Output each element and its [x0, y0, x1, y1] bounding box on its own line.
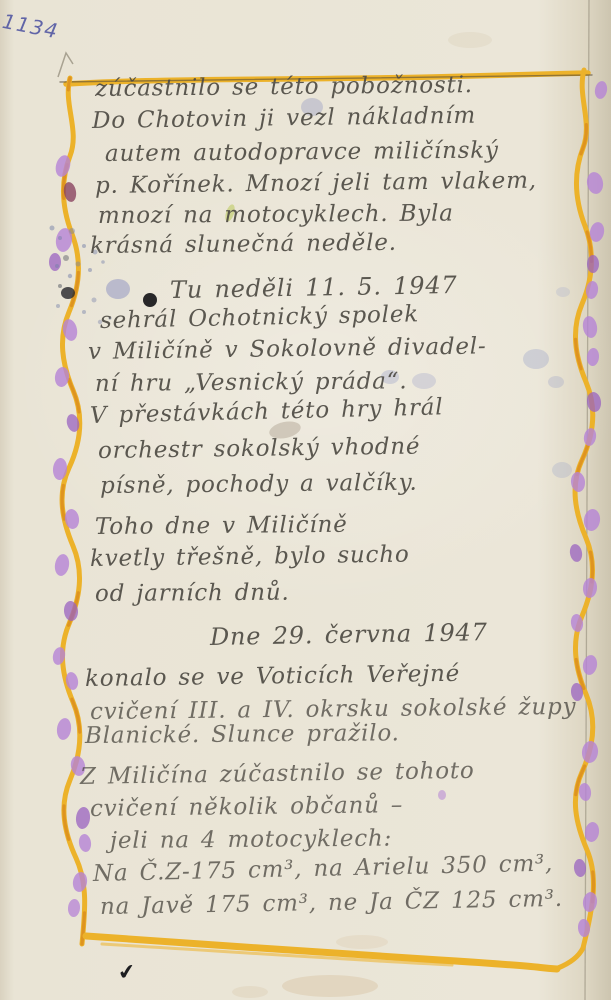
chronicle-page: 1134 zúčastnilo se této pobožnosti. Do C… — [0, 0, 611, 1000]
handwritten-line: krásná slunečná neděle. — [90, 230, 397, 259]
handwritten-line: Z Miličína zúčastnilo se tohoto — [80, 758, 475, 790]
manuscript: zúčastnilo se této pobožnosti. Do Chotov… — [0, 0, 611, 1000]
handwritten-date-heading: Tu neděli 11. 5. 1947 — [170, 271, 458, 304]
handwritten-line: V přestávkách této hry hrál — [90, 394, 444, 429]
handwritten-line: sehrál Ochotnický spolek — [100, 301, 419, 334]
handwritten-line: kvetly třešně, bylo sucho — [90, 542, 410, 572]
handwritten-line: orchestr sokolský vhodné — [98, 434, 421, 464]
handwritten-line: ní hru „Vesnický práda“. — [95, 368, 408, 397]
handwritten-date-heading: Dne 29. června 1947 — [210, 618, 488, 651]
check-mark-icon: ✔ — [116, 959, 137, 985]
handwritten-line: na Javě 175 cm³, ne Ja ČZ 125 cm³. — [100, 886, 563, 920]
handwritten-line: Blanické. Slunce pražilo. — [85, 720, 400, 749]
handwritten-line: od jarních dnů. — [95, 580, 290, 607]
handwritten-line: autem autodopravce miličínský — [105, 138, 499, 167]
handwritten-line: cvičení několik občanů – — [90, 792, 403, 822]
handwritten-line: písně, pochody a valčíky. — [100, 470, 418, 499]
handwritten-line: jeli na 4 motocyklech: — [110, 826, 392, 854]
handwritten-line: Toho dne v Miličíně — [95, 512, 348, 540]
handwritten-line: konalo se ve Voticích Veřejné — [85, 661, 460, 692]
handwritten-line: p. Kořínek. Mnozí jeli tam vlakem, — [95, 168, 537, 199]
handwritten-line: Do Chotovin ji vezl nákladním — [92, 103, 476, 134]
handwritten-line: zúčastnilo se této pobožnosti. — [95, 72, 473, 102]
handwritten-line: Na Č.Z-175 cm³, na Arielu 350 cm³, — [93, 851, 554, 887]
handwritten-line: v Miličíně v Sokolovně divadel- — [88, 333, 487, 365]
handwritten-line: mnozí na motocyklech. Byla — [98, 201, 454, 229]
